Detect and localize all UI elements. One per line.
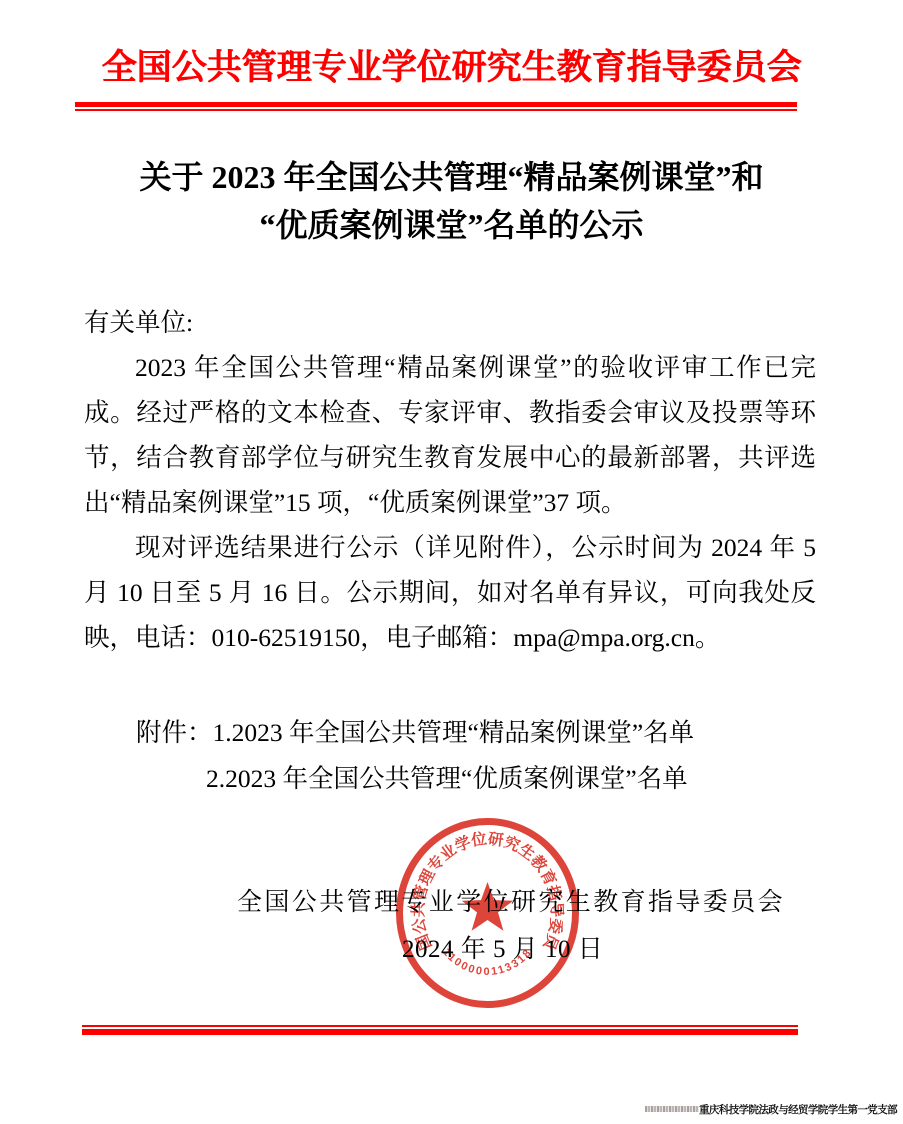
document-body: 有关单位: 2023 年全国公共管理“精品案例课堂”的验收评审工作已完 成。经过… [84,300,816,802]
attachment-item-2: 2.2023 年全国公共管理“优质案例课堂”名单 [84,756,816,802]
letterhead-divider [75,102,797,111]
footer-divider [82,1025,798,1035]
document-title-line1: 关于 2023 年全国公共管理“精品案例课堂”和 [0,153,903,201]
attachment-list: 附件：1.2023 年全国公共管理“精品案例课堂”名单 2.2023 年全国公共… [84,710,816,802]
paragraph1-line: 2023 年全国公共管理“精品案例课堂”的验收评审工作已完 [84,345,816,390]
paragraph2-line: 现对评选结果进行公示（详见附件），公示时间为 2024 年 5 [84,525,816,570]
letterhead-org-title: 全国公共管理专业学位研究生教育指导委员会 [0,40,903,90]
document-page: 全国公共管理专业学位研究生教育指导委员会 关于 2023 年全国公共管理“精品案… [0,0,903,1124]
paragraph1-line: 成。经过严格的文本检查、专家评审、教指委会审议及投票等环 [84,390,816,435]
document-title-line2: “优质案例课堂”名单的公示 [0,201,903,249]
signature-org-name: 全国公共管理专业学位研究生教育指导委员会 [237,882,785,918]
document-title: 关于 2023 年全国公共管理“精品案例课堂”和 “优质案例课堂”名单的公示 [0,153,903,249]
micro-watermark [645,1106,699,1112]
paragraph2-line: 映，电话：010-62519150，电子邮箱：mpa@mpa.org.cn。 [84,615,816,660]
paragraph1-line: 出“精品案例课堂”15 项，“优质案例课堂”37 项。 [84,480,816,525]
paragraph2-line: 月 10 日至 5 月 16 日。公示期间，如对名单有异议，可向我处反 [84,570,816,615]
salutation: 有关单位: [84,300,816,345]
attachment-item-1: 附件：1.2023 年全国公共管理“精品案例课堂”名单 [84,710,816,756]
footer-watermark-text: 重庆科技学院法政与经贸学院学生第一党支部 [699,1102,897,1117]
signature-date: 2024 年 5 月 10 日 [402,929,603,965]
paragraph1-line: 节，结合教育部学位与研究生教育发展中心的最新部署，共评选 [84,435,816,480]
